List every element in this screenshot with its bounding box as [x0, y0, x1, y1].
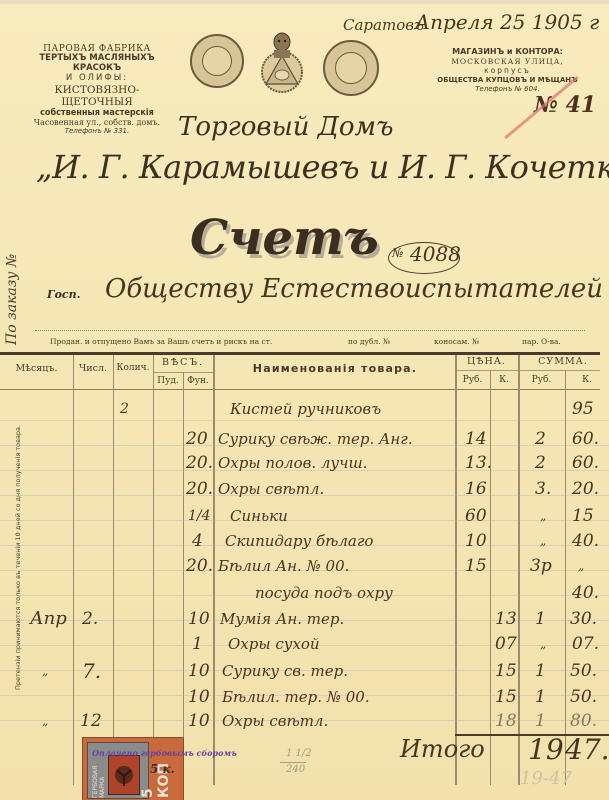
month-cell: Апр	[30, 608, 67, 630]
dubl-label: по дубл. №	[348, 337, 390, 346]
invoice-number-label: №	[392, 246, 403, 260]
item-cell: Сурику св. тер.	[222, 660, 348, 682]
item-cell: Бѣлил Ан. № 00.	[218, 555, 349, 577]
table-row: „ 12 10 Охры свѣтл. 18 1 80.	[0, 710, 609, 732]
item-cell: Охры полов. лучш.	[218, 452, 367, 474]
table-row: 20. Бѣлил Ан. № 00. 15 3р „	[0, 555, 609, 577]
item-cell: Синьки	[230, 505, 288, 527]
header-day: Числ.	[73, 363, 113, 374]
fun-cell: 1	[192, 633, 203, 655]
factory-address: Часовенная ул., собств. домъ.	[22, 118, 172, 127]
table-row: посуда подъ охру 40.	[0, 582, 609, 604]
shop-line-3: корпусъ	[425, 66, 590, 75]
table-row: 2 Кистей ручниковъ 95	[0, 398, 609, 420]
ruled-line	[0, 420, 609, 421]
sum-kop-cell: 40.	[572, 530, 599, 552]
lion-palette-emblem-icon	[254, 30, 310, 94]
table-row: 1 Охры сухой 07 „ 07.	[0, 633, 609, 655]
invoice-title: Счетъ	[190, 210, 379, 266]
price-cell: 16	[465, 478, 487, 500]
sum-rub-cell: „	[540, 530, 546, 552]
header-sum-rub: Руб.	[518, 375, 565, 385]
item-cell: Кистей ручниковъ	[230, 398, 381, 420]
fun-cell: 4	[192, 530, 203, 552]
recipient-dotted-line	[35, 330, 585, 331]
sum-kop-cell: 15	[572, 505, 594, 527]
table-row: Апр 2. 10 Мумія Ан. тер. 13 1 30.	[0, 608, 609, 630]
table-top-border	[0, 352, 600, 355]
price-cell: 15	[465, 555, 487, 577]
sum-kop-cell: 95	[572, 398, 594, 420]
stamp-overprint: Оплачено гербовымъ сборомъ	[92, 748, 237, 758]
factory-line-3: И ОЛИФЫ:	[22, 74, 172, 84]
price-cell: 07	[495, 633, 517, 655]
recipient-label: Госп.	[47, 288, 80, 301]
steamship-company-label: пар. О-ва.	[522, 337, 561, 346]
header-sum: СУММА.	[518, 356, 608, 367]
price-sum-subheader-rule	[455, 370, 600, 371]
firm-name: „И. Г. Карамышевъ и И. Г. Кочетковъ“	[36, 148, 609, 186]
saratov-exhibition-medal-icon	[323, 40, 379, 96]
factory-line-5: собственныя мастерскія	[22, 108, 172, 118]
factory-phone: Телефонъ № 331.	[22, 127, 172, 135]
sum-kop-cell: 60.	[572, 428, 599, 450]
pencil-fraction-top: 1 1/2	[286, 748, 312, 759]
sum-kop-cell: 30.	[570, 608, 597, 630]
trading-house-label: Торговый Домъ	[178, 112, 393, 142]
factory-line-2: ТЕРТЫХЪ МАСЛЯНЫХЪ КРАСОКЪ	[22, 54, 172, 74]
stamp-overprint-amount: 5 к.	[150, 762, 175, 776]
sum-kop-cell: 07.	[572, 633, 599, 655]
invoice-date: Апреля 25 1905 г	[415, 10, 599, 34]
table-row: 20. Охры полов. лучш. 13. 2 60.	[0, 452, 609, 474]
header-price: ЦѢНА.	[455, 356, 518, 367]
table-row: 20. Охры свѣтл. 16 3. 20.	[0, 478, 609, 500]
sum-rub-cell: 3.	[535, 478, 551, 500]
order-margin-note: По заказу №	[4, 254, 20, 345]
fun-cell: 10	[188, 660, 210, 682]
fun-cell: 20.	[186, 555, 213, 577]
paper-top-edge	[0, 0, 609, 4]
table-row: „ 7. 10 Сурику св. тер. 15 1 50.	[0, 660, 609, 682]
sum-rub-cell: 1	[535, 686, 546, 708]
sum-kop-cell: 80.	[570, 710, 597, 732]
day-cell: 7.	[82, 660, 101, 682]
sum-rub-cell: „	[540, 505, 546, 527]
fun-cell: 10	[188, 608, 210, 630]
fun-cell: 10	[188, 710, 210, 732]
invoice-number: 4088	[410, 242, 461, 266]
price-cell: 60	[465, 505, 487, 527]
gold-medal-icon	[190, 34, 244, 88]
item-cell: Охры свѣтл.	[222, 710, 328, 732]
header-price-rub: Руб.	[455, 375, 490, 385]
table-row: 10 Бѣлил. тер. № 00. 15 1 50.	[0, 686, 609, 708]
sum-rub-cell: 1	[535, 608, 546, 630]
header-item-name: Наименованія товара.	[215, 362, 455, 375]
item-cell: Бѣлил. тер. № 00.	[222, 686, 370, 708]
fun-cell: 1/4	[188, 505, 211, 527]
item-cell: Охры сухой	[228, 633, 320, 655]
pencil-fraction-bottom: 240	[286, 764, 305, 775]
header-fun: Фун.	[183, 376, 213, 386]
table-row: 1/4 Синьки 60 „ 15	[0, 505, 609, 527]
price-cell: 13	[495, 608, 517, 630]
shop-line-2: МОСКОВСКАЯ УЛИЦА,	[425, 57, 590, 66]
sum-kop-cell: 20.	[572, 478, 599, 500]
table-row: 20 Сурику свѣж. тер. Анг. 14 2 60.	[0, 428, 609, 450]
item-cell: Мумія Ан. тер.	[220, 608, 344, 630]
sum-kop-cell: 40.	[572, 582, 599, 604]
price-cell: 15	[495, 660, 517, 682]
price-cell: 10	[465, 530, 487, 552]
total-rub: 19	[528, 733, 564, 766]
item-cell: посуда подъ охру	[255, 582, 393, 604]
table-row: 4 Скипидару бѣлаго 10 „ 40.	[0, 530, 609, 552]
fun-cell: 10	[188, 686, 210, 708]
day-cell: 2.	[82, 608, 98, 630]
price-cell: 18	[495, 710, 517, 732]
total-label: Итого	[400, 735, 485, 763]
konosament-label: коносам. №	[434, 337, 479, 346]
header-price-kop: К.	[490, 375, 518, 385]
fun-cell: 20	[186, 428, 208, 450]
sum-rub-cell: 1	[535, 660, 546, 682]
day-cell: 12	[80, 710, 102, 732]
sum-rub-cell: 3р	[530, 555, 552, 577]
item-cell: Сурику свѣж. тер. Анг.	[218, 428, 413, 450]
pencil-fraction-bar	[280, 762, 306, 763]
sum-rub-cell: „	[540, 633, 546, 655]
terms-line: Продан. и отпущено Вамъ за Вашъ счетъ и …	[50, 337, 272, 346]
shop-line-4: ОБЩЕСТВА КУПЦОВЪ И МѢЩАНЪ	[425, 76, 590, 85]
sum-kop-cell: 50.	[570, 660, 597, 682]
header-sum-kop: К.	[565, 375, 609, 385]
double-headed-eagle-icon	[108, 755, 140, 795]
sum-rub-cell: 1	[535, 710, 546, 732]
sum-kop-cell: 60.	[572, 452, 599, 474]
month-cell: „	[42, 660, 48, 682]
fun-cell: 20.	[186, 478, 213, 500]
header-bottom-rule	[0, 389, 600, 390]
factory-line-4: КИСТОВЯЗНО-ЩЕТОЧНЫЯ	[22, 84, 172, 108]
shop-line-1: МАГАЗИНЪ и КОНТОРА:	[425, 47, 590, 57]
price-cell: 13.	[465, 452, 492, 474]
month-cell: „	[42, 710, 48, 732]
sum-rub-cell: 2	[535, 452, 546, 474]
header-qty: Колич.	[113, 363, 153, 373]
header-weight: ВѢСЪ.	[153, 357, 213, 368]
city-label: Саратовъ	[343, 16, 424, 34]
qty-cell: 2	[120, 398, 129, 420]
item-cell: Скипидару бѣлаго	[225, 530, 373, 552]
item-cell: Охры свѣтл.	[218, 478, 324, 500]
faint-pencil-total: 19-47	[520, 768, 572, 789]
total-kop: 47.	[565, 733, 609, 766]
sum-rub-cell: 2	[535, 428, 546, 450]
sum-kop-cell: „	[578, 555, 584, 577]
header-month: Мѣсяцъ.	[0, 363, 73, 374]
fun-cell: 20.	[186, 452, 213, 474]
price-cell: 15	[495, 686, 517, 708]
factory-info-block: ПАРОВАЯ ФАБРИКА ТЕРТЫХЪ МАСЛЯНЫХЪ КРАСОК…	[22, 44, 172, 135]
sum-kop-cell: 50.	[570, 686, 597, 708]
header-pud: Пуд.	[153, 376, 183, 386]
price-cell: 14	[465, 428, 487, 450]
recipient-name: Обществу Естествоиспытателей	[105, 274, 603, 304]
